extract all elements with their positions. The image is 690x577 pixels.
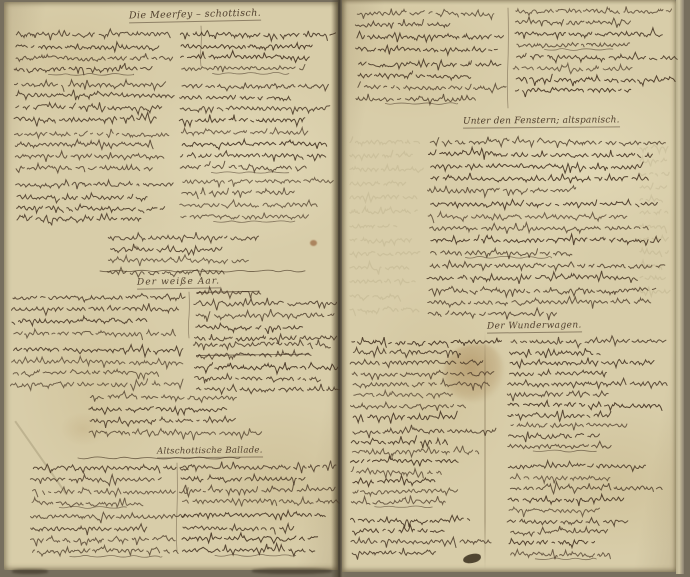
ink-stroke xyxy=(215,554,296,556)
poem-heading-altschottische-ballade: Altschottische Ballade. xyxy=(157,445,263,458)
ink-stroke xyxy=(359,59,501,70)
ink-stroke xyxy=(183,544,315,556)
ink-stroke xyxy=(33,487,189,497)
ink-stroke xyxy=(182,83,328,91)
ink-stroke xyxy=(508,410,611,421)
ink-stroke xyxy=(353,425,496,438)
ink-stroke xyxy=(511,423,627,431)
ink-stroke xyxy=(428,308,556,320)
ink-stroke xyxy=(183,497,340,506)
ink-stroke xyxy=(352,337,502,347)
ink-stroke xyxy=(351,537,491,547)
ink-stroke xyxy=(33,464,188,473)
ink-stroke xyxy=(430,137,665,148)
ink-stroke xyxy=(182,139,327,149)
ink-stroke xyxy=(510,474,610,484)
ink-stroke xyxy=(16,90,174,101)
ink-stroke xyxy=(181,128,307,136)
ink-stroke xyxy=(640,145,668,154)
ink-stroke xyxy=(59,507,126,509)
ink-stroke xyxy=(180,161,306,172)
ink-stroke xyxy=(17,214,141,226)
ink-stroke xyxy=(545,49,613,51)
ink-stroke xyxy=(350,137,420,145)
ink-stroke xyxy=(352,446,478,459)
ink-stroke xyxy=(108,232,258,243)
ink-stroke xyxy=(510,358,654,368)
handwriting-ink-layer xyxy=(0,0,690,577)
ink-stroke xyxy=(428,186,576,197)
ink-stroke xyxy=(182,188,294,199)
ink-stroke xyxy=(640,196,663,203)
ink-stroke xyxy=(351,402,466,411)
ink-stroke xyxy=(513,64,632,74)
ink-stroke xyxy=(14,63,152,75)
ink-stroke xyxy=(89,407,227,415)
poem-heading-weisse-aar: Der weiße Aar. xyxy=(137,276,220,289)
ink-stroke xyxy=(430,261,665,271)
ink-stroke xyxy=(31,512,186,523)
ink-stroke xyxy=(32,498,143,507)
ink-stroke xyxy=(350,207,417,214)
ink-stroke xyxy=(16,180,173,189)
ink-stroke xyxy=(12,303,179,315)
ink-stroke xyxy=(16,53,173,61)
ink-stroke xyxy=(516,74,675,86)
ink-stroke xyxy=(352,548,435,560)
ink-stroke xyxy=(180,151,325,162)
ink-stroke xyxy=(49,73,134,75)
ink-stroke xyxy=(517,43,630,48)
ink-stroke xyxy=(429,286,656,296)
ink-stroke xyxy=(350,307,419,316)
ink-stroke xyxy=(385,103,457,105)
ink-stroke xyxy=(13,293,185,302)
ink-stroke xyxy=(510,482,662,494)
ink-stroke xyxy=(182,65,305,73)
ink-stroke xyxy=(211,172,288,173)
ink-stroke xyxy=(108,255,248,266)
ink-stroke xyxy=(508,378,667,388)
ink-stroke xyxy=(511,549,611,559)
ink-stroke xyxy=(515,17,630,28)
ink-stroke xyxy=(350,279,415,284)
ink-stroke xyxy=(182,511,326,521)
ink-stroke xyxy=(31,524,147,535)
ink-stroke xyxy=(508,401,662,411)
ink-stroke xyxy=(535,558,596,560)
ink-stroke xyxy=(188,292,189,338)
ink-stroke xyxy=(640,276,665,280)
poem-heading-wunderwagen: Der Wunderwagen. xyxy=(487,320,582,333)
ink-stroke xyxy=(15,140,153,150)
ink-stroke xyxy=(358,71,471,80)
ink-stroke xyxy=(90,416,235,428)
ink-stroke xyxy=(353,525,445,535)
ink-stroke xyxy=(16,102,162,114)
ink-stroke xyxy=(353,379,489,390)
ink-stroke xyxy=(180,95,291,100)
ink-stroke xyxy=(31,536,176,547)
ink-stroke xyxy=(214,221,295,223)
ink-stroke xyxy=(30,475,161,486)
poem-heading-unter-den-fenstern: Unter den Fenstern; altspanisch. xyxy=(463,115,620,128)
ink-stroke xyxy=(509,507,599,517)
ink-stroke xyxy=(352,371,494,380)
ink-stroke xyxy=(180,106,330,115)
ink-stroke xyxy=(89,428,261,440)
ink-stroke xyxy=(511,336,666,348)
ink-stroke xyxy=(431,173,648,183)
ink-stroke xyxy=(183,178,333,188)
poem-title-meerfey: Die Meerfey – schottisch. xyxy=(129,8,261,24)
ink-stroke xyxy=(194,298,337,311)
ink-stroke xyxy=(213,72,289,74)
ink-stroke xyxy=(195,334,337,344)
ink-stroke xyxy=(181,461,336,474)
ink-stroke xyxy=(430,223,649,234)
ink-stroke xyxy=(354,391,453,399)
ink-stroke xyxy=(195,362,338,373)
manuscript-scan: Die Meerfey – schottisch. Der weiße Aar.… xyxy=(0,0,690,577)
ink-stroke xyxy=(507,391,608,401)
ink-stroke xyxy=(640,260,662,269)
ink-stroke xyxy=(355,19,449,28)
ink-stroke xyxy=(640,183,667,189)
ink-stroke xyxy=(350,262,409,275)
ink-stroke xyxy=(353,476,435,487)
ink-stroke xyxy=(17,193,147,203)
ink-stroke xyxy=(195,374,321,383)
ink-stroke xyxy=(351,496,445,505)
ink-stroke xyxy=(507,8,508,108)
ink-stroke xyxy=(427,271,637,284)
ink-stroke xyxy=(375,506,433,508)
ink-stroke xyxy=(640,224,667,232)
ink-stroke xyxy=(15,129,169,138)
ink-stroke xyxy=(12,357,183,369)
ink-stroke xyxy=(510,370,607,377)
ink-stroke xyxy=(16,164,152,173)
ink-stroke xyxy=(179,115,304,127)
ink-stroke xyxy=(358,82,506,93)
ink-stroke xyxy=(640,157,667,167)
ink-stroke xyxy=(182,533,318,544)
ink-stroke xyxy=(515,88,630,98)
ink-stroke xyxy=(14,329,176,340)
ink-stroke xyxy=(14,112,156,126)
ink-stroke xyxy=(507,518,628,526)
ink-stroke xyxy=(13,370,158,380)
ink-stroke xyxy=(100,270,305,272)
ink-stroke xyxy=(508,461,645,472)
ink-stroke xyxy=(353,488,458,495)
ink-stroke xyxy=(508,441,611,448)
ink-stroke xyxy=(351,436,447,449)
ink-stroke xyxy=(356,94,475,105)
ink-stroke xyxy=(431,200,658,210)
ink-stroke xyxy=(431,234,661,245)
ink-stroke xyxy=(176,463,177,551)
ink-stroke xyxy=(516,7,672,16)
ink-stroke xyxy=(350,224,397,228)
ink-stroke xyxy=(350,252,420,258)
ink-stroke xyxy=(429,148,653,160)
ink-stroke xyxy=(16,42,159,52)
ink-stroke xyxy=(350,294,401,301)
ink-stroke xyxy=(517,52,678,62)
ink-stroke xyxy=(196,384,339,394)
ink-stroke xyxy=(15,151,164,162)
ink-stroke xyxy=(640,248,668,256)
ink-stroke xyxy=(350,360,483,368)
ink-stroke xyxy=(111,244,222,255)
ink-stroke xyxy=(180,200,317,208)
ink-stroke xyxy=(181,51,310,63)
ink-stroke xyxy=(353,411,457,423)
ink-stroke xyxy=(181,213,309,220)
ink-stroke xyxy=(183,485,335,497)
ink-stroke xyxy=(14,345,183,357)
ink-stroke xyxy=(431,249,572,260)
ink-stroke xyxy=(640,172,669,176)
ink-stroke xyxy=(431,162,643,173)
ink-stroke xyxy=(511,526,608,536)
ink-stroke xyxy=(510,348,601,358)
ink-stroke xyxy=(357,9,494,20)
ink-stroke xyxy=(181,474,305,485)
ink-stroke xyxy=(70,555,162,557)
ink-stroke xyxy=(350,193,417,202)
ink-stroke xyxy=(350,150,412,160)
ink-stroke xyxy=(17,204,165,212)
ink-stroke xyxy=(183,524,294,534)
ink-stroke xyxy=(350,181,406,186)
ink-stroke xyxy=(509,432,600,443)
ink-stroke xyxy=(16,29,170,40)
ink-stroke xyxy=(533,450,596,452)
ink-stroke xyxy=(90,391,236,402)
ink-stroke xyxy=(193,339,330,350)
ink-stroke xyxy=(509,539,595,548)
ink-stroke xyxy=(428,297,651,309)
ink-stroke xyxy=(353,347,460,358)
ink-stroke xyxy=(356,45,498,55)
ink-stroke xyxy=(350,165,423,172)
ink-stroke xyxy=(515,28,662,39)
ink-stroke xyxy=(15,80,166,92)
ink-stroke xyxy=(12,316,147,325)
ink-stroke xyxy=(350,238,412,246)
ink-stroke xyxy=(508,494,624,506)
ink-stroke xyxy=(357,31,504,42)
ink-stroke xyxy=(196,324,303,334)
ink-stroke xyxy=(11,379,184,391)
ink-stroke xyxy=(196,309,334,322)
ink-stroke xyxy=(33,546,179,556)
ink-stroke xyxy=(640,210,668,215)
ink-stroke xyxy=(180,31,335,41)
ink-stroke xyxy=(351,467,441,479)
ink-stroke xyxy=(428,212,627,223)
ink-stroke xyxy=(350,456,458,466)
